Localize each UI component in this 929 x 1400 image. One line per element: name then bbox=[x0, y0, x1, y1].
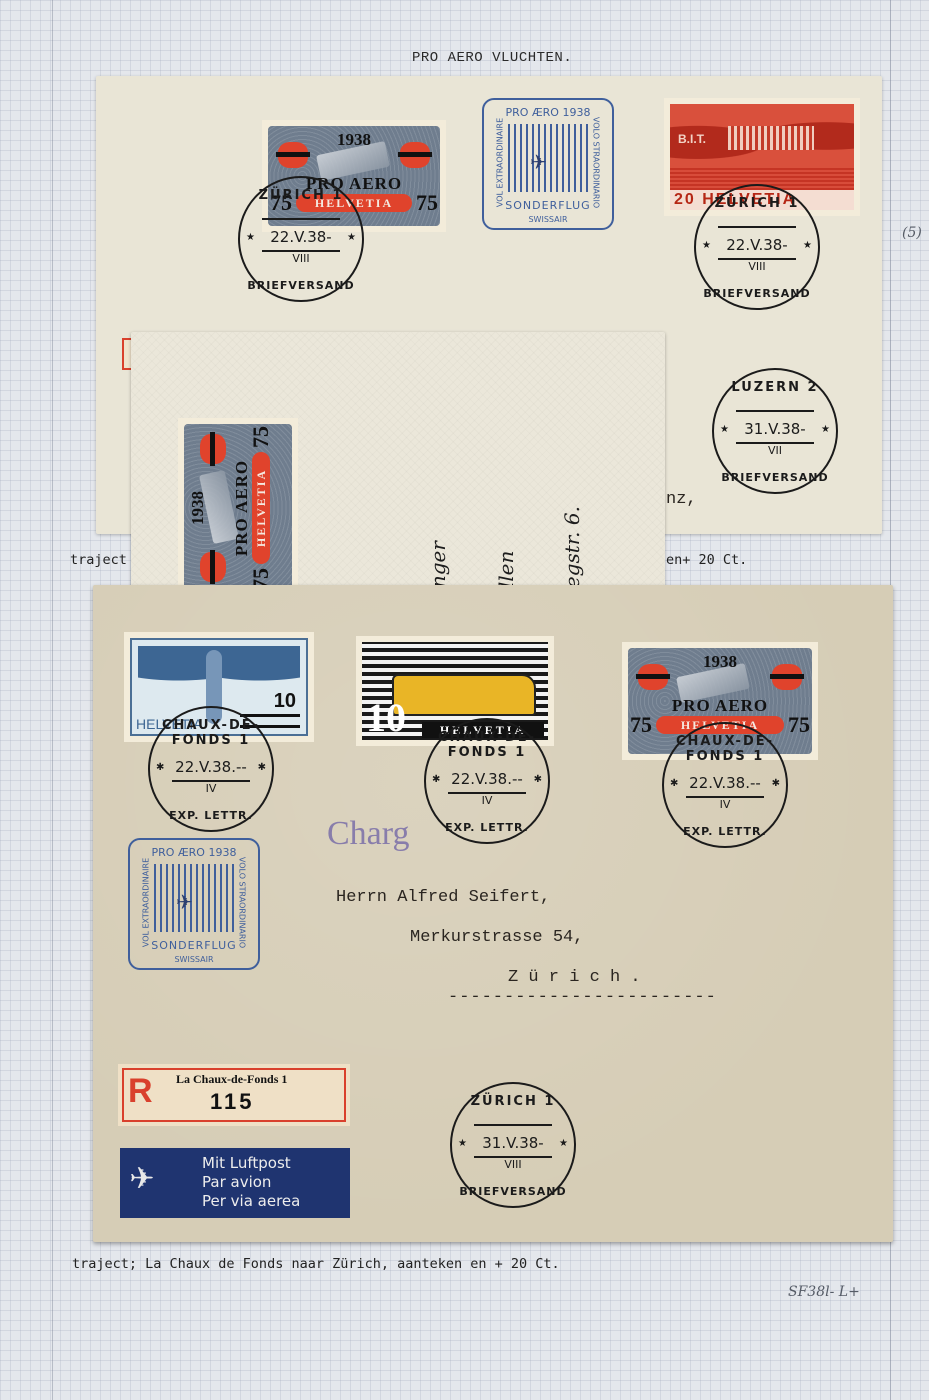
cachet-right-text: VOLO STRAORDINARIO bbox=[238, 853, 247, 953]
postmark-number: VII bbox=[714, 444, 836, 457]
star-icon: ★ bbox=[347, 232, 356, 243]
postmark-service: EXP. LETTR. bbox=[150, 809, 272, 822]
postmark-city: ZÜRICH 1 bbox=[240, 188, 362, 203]
postmark: ZÜRICH 1 ★ 22.V.38- ★ VIII BRIEFVERSAND bbox=[694, 184, 820, 310]
postmark-city: ZÜRICH 1 bbox=[452, 1094, 574, 1109]
grid-border-left bbox=[52, 0, 53, 1400]
stamp-year: 1938 bbox=[188, 424, 208, 592]
postmark-service: BRIEFVERSAND bbox=[240, 279, 362, 292]
cachet-title: PRO ÆRO 1938 bbox=[502, 106, 594, 119]
cachet-pattern bbox=[154, 864, 234, 932]
star-icon: ★ bbox=[559, 1138, 568, 1149]
postmark: CHAUX-DE-FONDS 1 ✱ 22.V.38.-- ✱ IV EXP. … bbox=[424, 718, 550, 844]
cachet-airline: SWISSAIR bbox=[498, 215, 598, 224]
postmark-bar bbox=[262, 218, 340, 220]
stamp-country: HELVETIA bbox=[252, 452, 270, 564]
postmark-city: ZÜRICH 1 bbox=[696, 196, 818, 211]
postmark: ZÜRICH 1 ★ 31.V.38- ★ VIII BRIEFVERSAND bbox=[450, 1082, 576, 1208]
postmark-city: CHAUX-DE-FONDS 1 bbox=[426, 730, 548, 760]
postmark-number: VIII bbox=[240, 252, 362, 265]
postmark-date: 22.V.38- bbox=[240, 228, 362, 246]
stamp-year: 1938 bbox=[268, 130, 440, 150]
postmark-city: LUZERN 2 bbox=[714, 380, 836, 395]
airmail-text: Mit Luftpost Par avion Per via aerea bbox=[202, 1154, 300, 1211]
stamp-value: 20 bbox=[674, 191, 696, 208]
pencil-page-number: (5) bbox=[902, 225, 922, 241]
star-icon: ✱ bbox=[534, 774, 542, 785]
postmark: CHAUX-DE-FONDS 1 ✱ 22.V.38.-- ✱ IV EXP. … bbox=[148, 706, 274, 832]
registration-label: R La Chaux-de-Fonds 1 115 bbox=[118, 1064, 350, 1126]
postmark-bar bbox=[718, 226, 796, 228]
postmark-bar bbox=[474, 1124, 552, 1126]
airmail-line-german: Mit Luftpost bbox=[202, 1154, 300, 1173]
cachet-pattern bbox=[508, 124, 588, 192]
postmark-number: IV bbox=[150, 782, 272, 795]
stamp-value: 75 bbox=[788, 712, 810, 738]
caption-top-right: en+ 20 Ct. bbox=[666, 552, 747, 568]
airplane-icon: ✈ bbox=[530, 150, 547, 174]
caption-bottom: traject; La Chaux de Fonds naar Zürich, … bbox=[72, 1256, 560, 1272]
cachet-bottom-text: SONDERFLUG bbox=[144, 939, 244, 952]
airmail-line-italian: Per via aerea bbox=[202, 1192, 300, 1211]
stamp-overprint: PRO AERO bbox=[232, 424, 252, 592]
postmark-bar bbox=[736, 410, 814, 412]
postmark-city: CHAUX-DE-FONDS 1 bbox=[664, 734, 786, 764]
postmark: CHAUX-DE-FONDS 1 ✱ 22.V.38.-- ✱ IV EXP. … bbox=[662, 722, 788, 848]
building-illustration bbox=[728, 126, 814, 150]
postmark-date: 22.V.38.-- bbox=[664, 774, 786, 792]
cachet-airline: SWISSAIR bbox=[144, 955, 244, 964]
stamp-year: 1938 bbox=[628, 652, 812, 672]
airplane-icon: ✈ bbox=[176, 890, 193, 914]
postmark-date: 22.V.38- bbox=[696, 236, 818, 254]
postmark-date: 22.V.38.-- bbox=[426, 770, 548, 788]
stamp-overprint: PRO AERO bbox=[628, 696, 812, 716]
pro-aero-cachet: PRO ÆRO 1938 ✈ VOL EXTRAORDINAIRE VOLO S… bbox=[482, 98, 614, 230]
charge-handstamp: Charg bbox=[327, 815, 409, 853]
stamp-value: 75 bbox=[416, 190, 438, 216]
postmark-number: IV bbox=[664, 798, 786, 811]
address-fragment: nz, bbox=[666, 490, 697, 509]
airmail-label: ✈ Mit Luftpost Par avion Per via aerea bbox=[120, 1148, 350, 1218]
pro-aero-cachet: PRO ÆRO 1938 ✈ VOL EXTRAORDINAIRE VOLO S… bbox=[128, 838, 260, 970]
registration-letter: R bbox=[128, 1072, 153, 1111]
postmark-date: 22.V.38.-- bbox=[150, 758, 272, 776]
address-line-2: Merkurstrasse 54, bbox=[410, 928, 583, 947]
cachet-left-text: VOL EXTRAORDINAIRE bbox=[142, 853, 151, 953]
postmark: ZÜRICH 1 ★ 22.V.38- ★ VIII BRIEFVERSAND bbox=[238, 176, 364, 302]
address-underline: ------------------------ bbox=[448, 988, 717, 1007]
postmark: LUZERN 2 ★ 31.V.38- ★ VII BRIEFVERSAND bbox=[712, 368, 838, 494]
stamp-value: 75 bbox=[248, 426, 274, 448]
stamp-value: 75 bbox=[630, 712, 652, 738]
postmark-number: IV bbox=[426, 794, 548, 807]
stamp-value: 10 bbox=[274, 690, 296, 713]
airmail-line-french: Par avion bbox=[202, 1173, 300, 1192]
registration-number: 115 bbox=[210, 1089, 255, 1115]
postmark-service: BRIEFVERSAND bbox=[696, 287, 818, 300]
cachet-left-text: VOL EXTRAORDINAIRE bbox=[496, 113, 505, 213]
pencil-catalogue-note: SF38l- L+ bbox=[788, 1284, 860, 1300]
address-line-1: Herrn Alfred Seifert, bbox=[336, 888, 550, 907]
star-icon: ✱ bbox=[772, 778, 780, 789]
postmark-city: CHAUX-DE-FONDS 1 bbox=[150, 718, 272, 748]
pro-aero-stamp-rotated: 1938 PRO AERO 75 HELVETIA 75 bbox=[178, 418, 298, 598]
postmark-date: 31.V.38- bbox=[714, 420, 836, 438]
stamp-label: B.I.T. bbox=[678, 132, 706, 146]
airplane-icon: ✈ bbox=[130, 1154, 154, 1206]
star-icon: ★ bbox=[821, 424, 830, 435]
registration-office: La Chaux-de-Fonds 1 bbox=[176, 1072, 287, 1087]
cachet-title: PRO ÆRO 1938 bbox=[148, 846, 240, 859]
address-line-3: Z ü r i c h . bbox=[508, 968, 641, 987]
star-icon: ★ bbox=[803, 240, 812, 251]
postmark-date: 31.V.38- bbox=[452, 1134, 574, 1152]
postmark-number: VIII bbox=[696, 260, 818, 273]
postmark-service: BRIEFVERSAND bbox=[452, 1185, 574, 1198]
stamp-value: 10 bbox=[366, 698, 406, 738]
cachet-bottom-text: SONDERFLUG bbox=[498, 199, 598, 212]
caption-top-left: traject bbox=[70, 552, 127, 568]
cachet-right-text: VOLO STRAORDINARIO bbox=[592, 113, 601, 213]
postbus-illustration bbox=[392, 674, 536, 716]
album-page: PRO AERO VLUCHTEN. 1938 PRO AERO 75 HELV… bbox=[0, 0, 929, 1400]
postmark-service: EXP. LETTR. bbox=[426, 821, 548, 834]
postmark-service: EXP. LETTR. bbox=[664, 825, 786, 838]
page-title: PRO AERO VLUCHTEN. bbox=[412, 50, 572, 66]
postmark-service: BRIEFVERSAND bbox=[714, 471, 836, 484]
postmark-number: VIII bbox=[452, 1158, 574, 1171]
star-icon: ✱ bbox=[258, 762, 266, 773]
